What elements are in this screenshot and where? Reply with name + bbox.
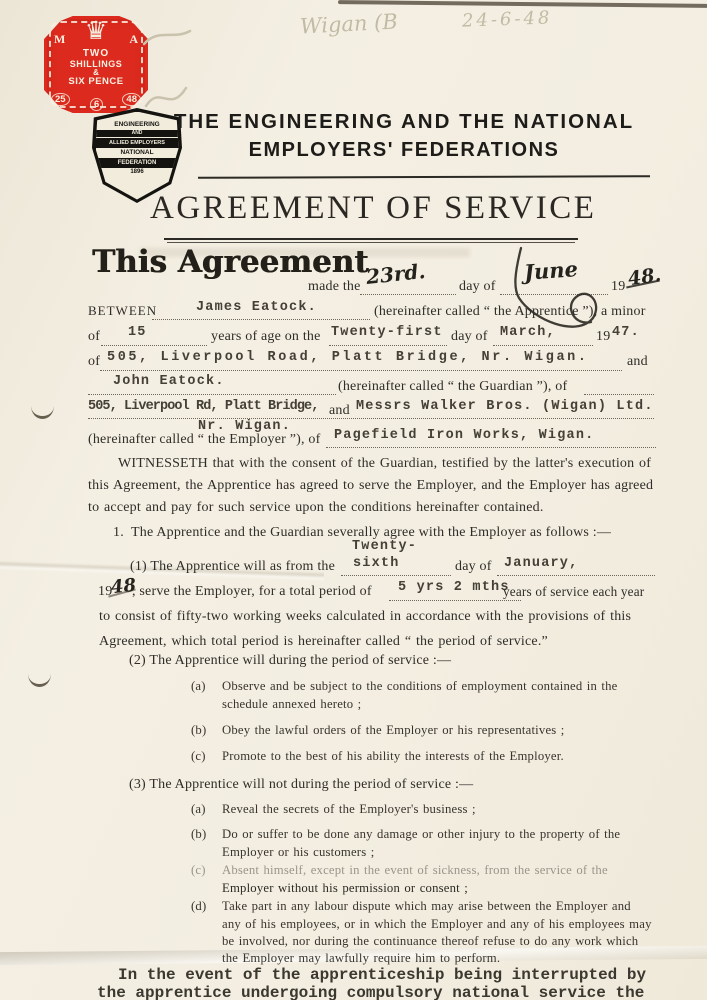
dotted-leader bbox=[329, 345, 447, 346]
clause1-sub1-line3: to consist of fifty-two working weeks ca… bbox=[99, 609, 631, 625]
clause1-sub1-line2-end: years of service each year bbox=[503, 584, 644, 600]
federation-title-line1: THE ENGINEERING AND THE NATIONAL bbox=[104, 110, 704, 134]
stamp-value-line1: TWO bbox=[44, 49, 148, 60]
clause3b-label: (b) bbox=[191, 827, 206, 842]
dotted-leader bbox=[101, 345, 207, 346]
clause2-heading: (2) The Apprentice will during the perio… bbox=[129, 653, 451, 669]
clause1-sub1-line2: , serve the Employer, for a total period… bbox=[132, 584, 372, 600]
dotted-leader bbox=[389, 600, 521, 601]
clause3d-line3: be involved, nor during the continuance … bbox=[222, 934, 638, 949]
typed-guardian-address: 505, Liverpool Rd, Platt Bridge, bbox=[88, 399, 318, 414]
employer-clause: (hereinafter called “ the Employer ”), o… bbox=[88, 432, 320, 448]
day-of-text: day of bbox=[451, 329, 488, 345]
dotted-leader bbox=[360, 294, 456, 295]
stamp-letter-right: A bbox=[129, 32, 138, 47]
clause3d-line4: the Employer may lawfully require him to… bbox=[222, 951, 500, 966]
typed-apprentice-address: 505, Liverpool Road, Platt Bridge, Nr. W… bbox=[107, 350, 589, 365]
witnesseth-line1: WITNESSETH that with the consent of the … bbox=[118, 456, 651, 472]
clause2a-label: (a) bbox=[191, 679, 206, 694]
day-of-text: day of bbox=[455, 559, 492, 575]
stamp-letter-left: M bbox=[54, 32, 65, 47]
stamp-date-year: 48 bbox=[122, 93, 141, 107]
clause2a-line1: Observe and be subject to the conditions… bbox=[222, 679, 618, 694]
made-the-text: made the bbox=[308, 279, 361, 295]
of-word: of bbox=[88, 329, 100, 345]
dotted-leader bbox=[500, 294, 608, 295]
typed-sixth: sixth bbox=[353, 556, 400, 571]
apprentice-clause: (hereinafter called “ the Apprentice ”),… bbox=[374, 304, 646, 320]
guardian-clause: (hereinafter called “ the Guardian ”), o… bbox=[338, 379, 567, 395]
revenue-stamp: ♛ M A TWO SHILLINGS & SIX PENCE 25 6 48 bbox=[44, 16, 148, 113]
dotted-leader bbox=[584, 394, 654, 395]
typed-addendum-line1: In the event of the apprenticeship being… bbox=[118, 966, 646, 984]
handwritten-month: June bbox=[523, 256, 578, 285]
clause2a-line2: schedule annexed hereto ; bbox=[222, 697, 361, 712]
of-word: of bbox=[88, 354, 100, 370]
clause3b-line2: Employer or his customers ; bbox=[222, 845, 374, 860]
punch-hole bbox=[28, 674, 51, 687]
witnesseth-line2: this Agreement, the Apprentice has agree… bbox=[88, 478, 653, 494]
this-agreement-script: This Agreement bbox=[92, 244, 369, 280]
typed-birth-day: Twenty-first bbox=[331, 325, 443, 340]
year-printed-19: 19 bbox=[611, 279, 625, 295]
clause2c-label: (c) bbox=[191, 749, 206, 764]
agreement-of-service-document: ♛ M A TWO SHILLINGS & SIX PENCE 25 6 48 … bbox=[0, 0, 707, 1000]
dotted-leader bbox=[493, 345, 593, 346]
dotted-leader bbox=[100, 370, 622, 371]
clause1-sub1-start: (1) The Apprentice will as from the bbox=[130, 559, 335, 575]
shield-band-6: 1896 bbox=[96, 168, 179, 177]
dotted-leader bbox=[341, 575, 451, 576]
stamp-value-text: TWO SHILLINGS & SIX PENCE bbox=[44, 49, 148, 87]
clause2b-line1: Obey the lawful orders of the Employer o… bbox=[222, 723, 565, 738]
dotted-leader bbox=[152, 319, 370, 320]
dotted-leader bbox=[497, 575, 655, 576]
typed-addendum-line2: the apprentice undergoing compulsory nat… bbox=[97, 984, 644, 1000]
year-printed-19: 19 bbox=[596, 329, 610, 345]
handwritten-day: 23rd. bbox=[365, 259, 427, 289]
and-word: and bbox=[329, 403, 350, 419]
typed-january: January, bbox=[504, 556, 578, 571]
scan-top-edge-shadow bbox=[338, 0, 707, 8]
stamp-value-line4: SIX PENCE bbox=[44, 77, 148, 87]
typed-employer-name: Messrs Walker Bros. (Wigan) Ltd. bbox=[356, 399, 654, 414]
and-word: and bbox=[627, 354, 648, 370]
age-clause: years of age on the bbox=[211, 329, 321, 345]
typed-period: 5 yrs 2 mths bbox=[398, 580, 510, 595]
title-underline-1 bbox=[164, 238, 578, 240]
title-underline-2 bbox=[167, 242, 575, 243]
dotted-leader bbox=[326, 447, 656, 448]
clause3a-line1: Reveal the secrets of the Employer's bus… bbox=[222, 802, 476, 817]
clause3c-label: (c) bbox=[191, 863, 206, 878]
pencil-note-place: Wigan (B bbox=[299, 9, 398, 38]
typed-birth-month: March, bbox=[500, 325, 556, 340]
dotted-leader bbox=[88, 394, 336, 395]
day-of-text: day of bbox=[459, 279, 496, 295]
clause2b-label: (b) bbox=[191, 723, 206, 738]
federation-title-line2: EMPLOYERS' FEDERATIONS bbox=[104, 139, 704, 162]
typed-birth-year: 47. bbox=[612, 325, 640, 340]
typed-employer-address: Pagefield Iron Works, Wigan. bbox=[334, 428, 594, 443]
clause1-sub1-line4: Agreement, which total period is hereina… bbox=[99, 634, 548, 650]
clause3c-line1: Absent himself, except in the event of s… bbox=[222, 863, 608, 878]
clause3a-label: (a) bbox=[191, 802, 206, 817]
document-title: AGREEMENT OF SERVICE bbox=[150, 190, 590, 227]
typed-apprentice-name: James Eatock. bbox=[196, 300, 317, 315]
dotted-leader bbox=[88, 418, 654, 419]
clause3d-label: (d) bbox=[191, 899, 206, 914]
clause3c-line2: Employer without his permission or conse… bbox=[222, 881, 468, 896]
stamp-date-day: 25 bbox=[51, 93, 70, 107]
header-underline bbox=[198, 175, 650, 179]
punch-hole bbox=[31, 406, 54, 419]
between-label: BETWEEN bbox=[88, 303, 157, 319]
typed-guardian-name: John Eatock. bbox=[113, 374, 225, 389]
pencil-note-date: 24-6-48 bbox=[462, 7, 553, 31]
typed-age: 15 bbox=[128, 325, 147, 340]
typed-twenty: Twenty- bbox=[352, 539, 417, 554]
clause3d-line1: Take part in any labour dispute which ma… bbox=[222, 899, 631, 914]
clause2c-line1: Promote to the best of his ability the i… bbox=[222, 749, 564, 764]
clause3b-line1: Do or suffer to be done any damage or ot… bbox=[222, 827, 620, 842]
clause3d-line2: any of his employees, or in which the Em… bbox=[222, 917, 652, 932]
clause3-heading: (3) The Apprentice will not during the p… bbox=[129, 777, 473, 793]
witnesseth-line3: to accept and pay for such service upon … bbox=[88, 500, 544, 516]
